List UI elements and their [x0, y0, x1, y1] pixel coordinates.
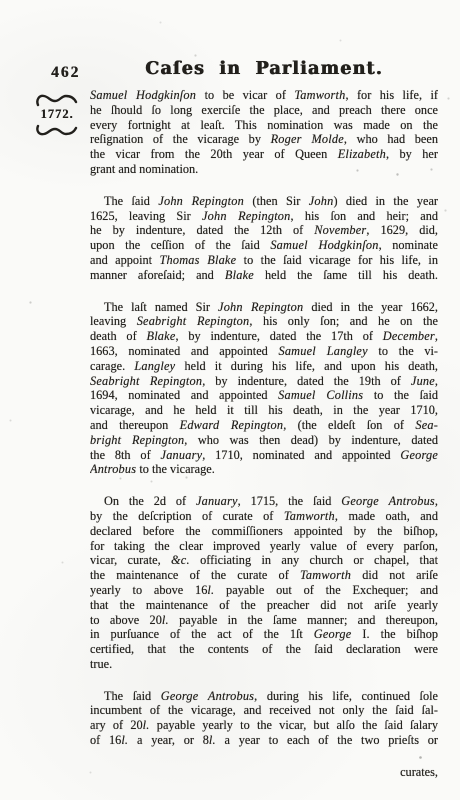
text-line: every fortnight at leaſt. This nominatio…: [90, 118, 438, 133]
text-line: of 16l. a year, or 8l. a year to each of…: [90, 733, 438, 748]
text-line: the vicar from the 20th year of Queen El…: [90, 147, 438, 162]
text-line: manner aforeſaid; and Blake held the ſam…: [90, 268, 438, 283]
text-line: death of Blake, by indenture, dated the …: [90, 329, 438, 344]
text-block: Samuel Hodgkinſon to be vicar of Tamwort…: [90, 88, 438, 780]
text-line: that the maintenance of the preacher did…: [90, 598, 438, 613]
text-line: leaving Seabright Repington, his only ſo…: [90, 314, 438, 329]
text-line: Antrobus to the vicarage.: [90, 462, 438, 477]
catchword: curates,: [90, 765, 438, 780]
margin-year-note: 1772.: [33, 92, 81, 138]
text-line: he by indenture, dated the 12th of Novem…: [90, 223, 438, 238]
text-line: incumbent of the vicarage, and received …: [90, 703, 438, 718]
text-line: The ſaid George Antrobus, during his lif…: [90, 689, 438, 704]
scan-noise: [0, 0, 1, 1]
flourish-top-icon: [35, 92, 79, 107]
text-line: he ſhould ſo long exerciſe the place, an…: [90, 103, 438, 118]
text-line: certified, that the contents of the ſaid…: [90, 642, 438, 657]
flourish-bottom-icon: [35, 123, 79, 138]
text-line: the 8th of January, 1710, nominated and …: [90, 448, 438, 463]
running-title: Caſes in Parliament.: [90, 59, 438, 79]
text-line: by the deſcription of curate of Tamworth…: [90, 509, 438, 524]
paragraph: The ſaid John Repington (then Sir John) …: [90, 194, 438, 283]
text-line: On the 2d of January, 1715, the ſaid Geo…: [90, 494, 438, 509]
text-line: The laſt named Sir John Repington died i…: [90, 300, 438, 315]
text-line: in purſuance of the act of the 1ſt Georg…: [90, 627, 438, 642]
text-line: reſignation of the vicarage by Roger Mol…: [90, 132, 438, 147]
paragraph: The ſaid George Antrobus, during his lif…: [90, 689, 438, 748]
text-line: bright Repington, who was then dead) by …: [90, 433, 438, 448]
text-line: and thereupon Edward Repington, (the eld…: [90, 418, 438, 433]
paragraph: On the 2d of January, 1715, the ſaid Geo…: [90, 494, 438, 672]
text-line: The ſaid John Repington (then Sir John) …: [90, 194, 438, 209]
book-page: 462 Caſes in Parliament. 1772. Samuel Ho…: [0, 0, 460, 800]
text-line: vicar, curate, &c. officiating in any ch…: [90, 553, 438, 568]
text-line: yearly to above 16l. payable out of the …: [90, 583, 438, 598]
text-line: and appoint Thomas Blake to the ſaid vic…: [90, 253, 438, 268]
text-line: Samuel Hodgkinſon to be vicar of Tamwort…: [90, 88, 438, 103]
text-line: Seabright Repington, by indenture, dated…: [90, 374, 438, 389]
text-line: 1663, nominated and appointed Samuel Lan…: [90, 344, 438, 359]
text-line: to above 20l. payable in the ſame manner…: [90, 613, 438, 628]
text-line: ary of 20l. payable yearly to the vicar,…: [90, 718, 438, 733]
text-line: carage. Langley held it during his life,…: [90, 359, 438, 374]
text-line: for taking the clear improved yearly val…: [90, 539, 438, 554]
text-line: declared before the commiſſioners appoin…: [90, 524, 438, 539]
paragraph: The laſt named Sir John Repington died i…: [90, 300, 438, 478]
text-line: 1625, leaving Sir John Repington, his ſo…: [90, 209, 438, 224]
paragraph: Samuel Hodgkinſon to be vicar of Tamwort…: [90, 88, 438, 177]
text-line: 1694, nominated and appointed Samuel Col…: [90, 388, 438, 403]
text-line: the maintenance of the curate of Tamwort…: [90, 568, 438, 583]
page-number: 462: [51, 64, 80, 82]
text-line: grant and nomination.: [90, 162, 438, 177]
text-line: upon the ceſſion of the ſaid Samuel Hodg…: [90, 238, 438, 253]
margin-year: 1772.: [33, 108, 81, 121]
text-line: vicarage, and he held it till his death,…: [90, 403, 438, 418]
text-line: true.: [90, 657, 438, 672]
